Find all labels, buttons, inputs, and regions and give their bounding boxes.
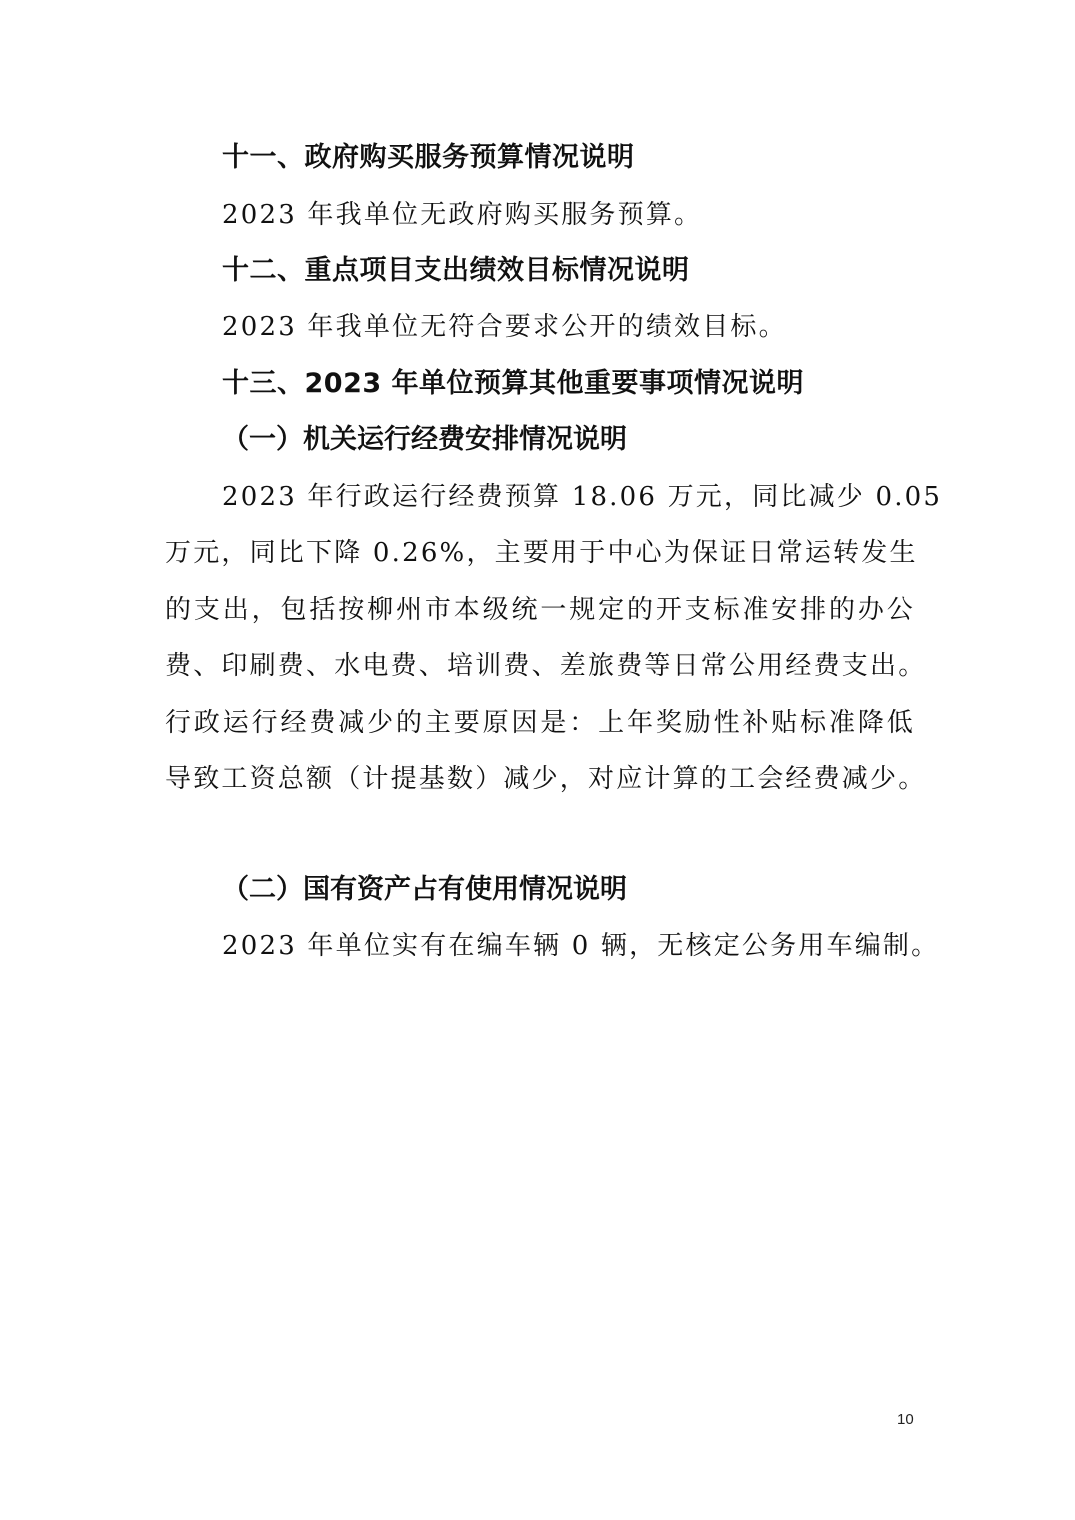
page-number: 10 (897, 1411, 914, 1428)
section-13-heading: 十三、2023 年单位预算其他重要事项情况说明 (222, 364, 804, 404)
paragraph-line: 行政运行经费减少的主要原因是：上年奖励性补贴标准降低 (165, 703, 915, 743)
paragraph-line: 费、印刷费、水电费、培训费、差旅费等日常公用经费支出。 (165, 646, 915, 686)
section-12-heading: 十二、重点项目支出绩效目标情况说明 (222, 251, 690, 291)
subsection-1-heading: （一）机关运行经费安排情况说明 (222, 420, 627, 460)
paragraph-line: 的支出，包括按柳州市本级统一规定的开支标准安排的办公 (165, 590, 915, 630)
subsection-2-text: 2023 年单位实有在编车辆 0 辆，无核定公务用车编制。 (222, 926, 939, 966)
section-11-heading: 十一、政府购买服务预算情况说明 (222, 138, 635, 178)
section-12-text: 2023 年我单位无符合要求公开的绩效目标。 (222, 307, 787, 347)
paragraph-line: 导致工资总额（计提基数）减少，对应计算的工会经费减少。 (165, 759, 915, 799)
subsection-2-heading: （二）国有资产占有使用情况说明 (222, 870, 627, 910)
paragraph-line: 万元，同比下降 0.26%，主要用于中心为保证日常运转发生 (165, 533, 915, 573)
section-11-text: 2023 年我单位无政府购买服务预算。 (222, 195, 702, 235)
paragraph-line: 2023 年行政运行经费预算 18.06 万元，同比减少 0.05 (222, 477, 915, 517)
